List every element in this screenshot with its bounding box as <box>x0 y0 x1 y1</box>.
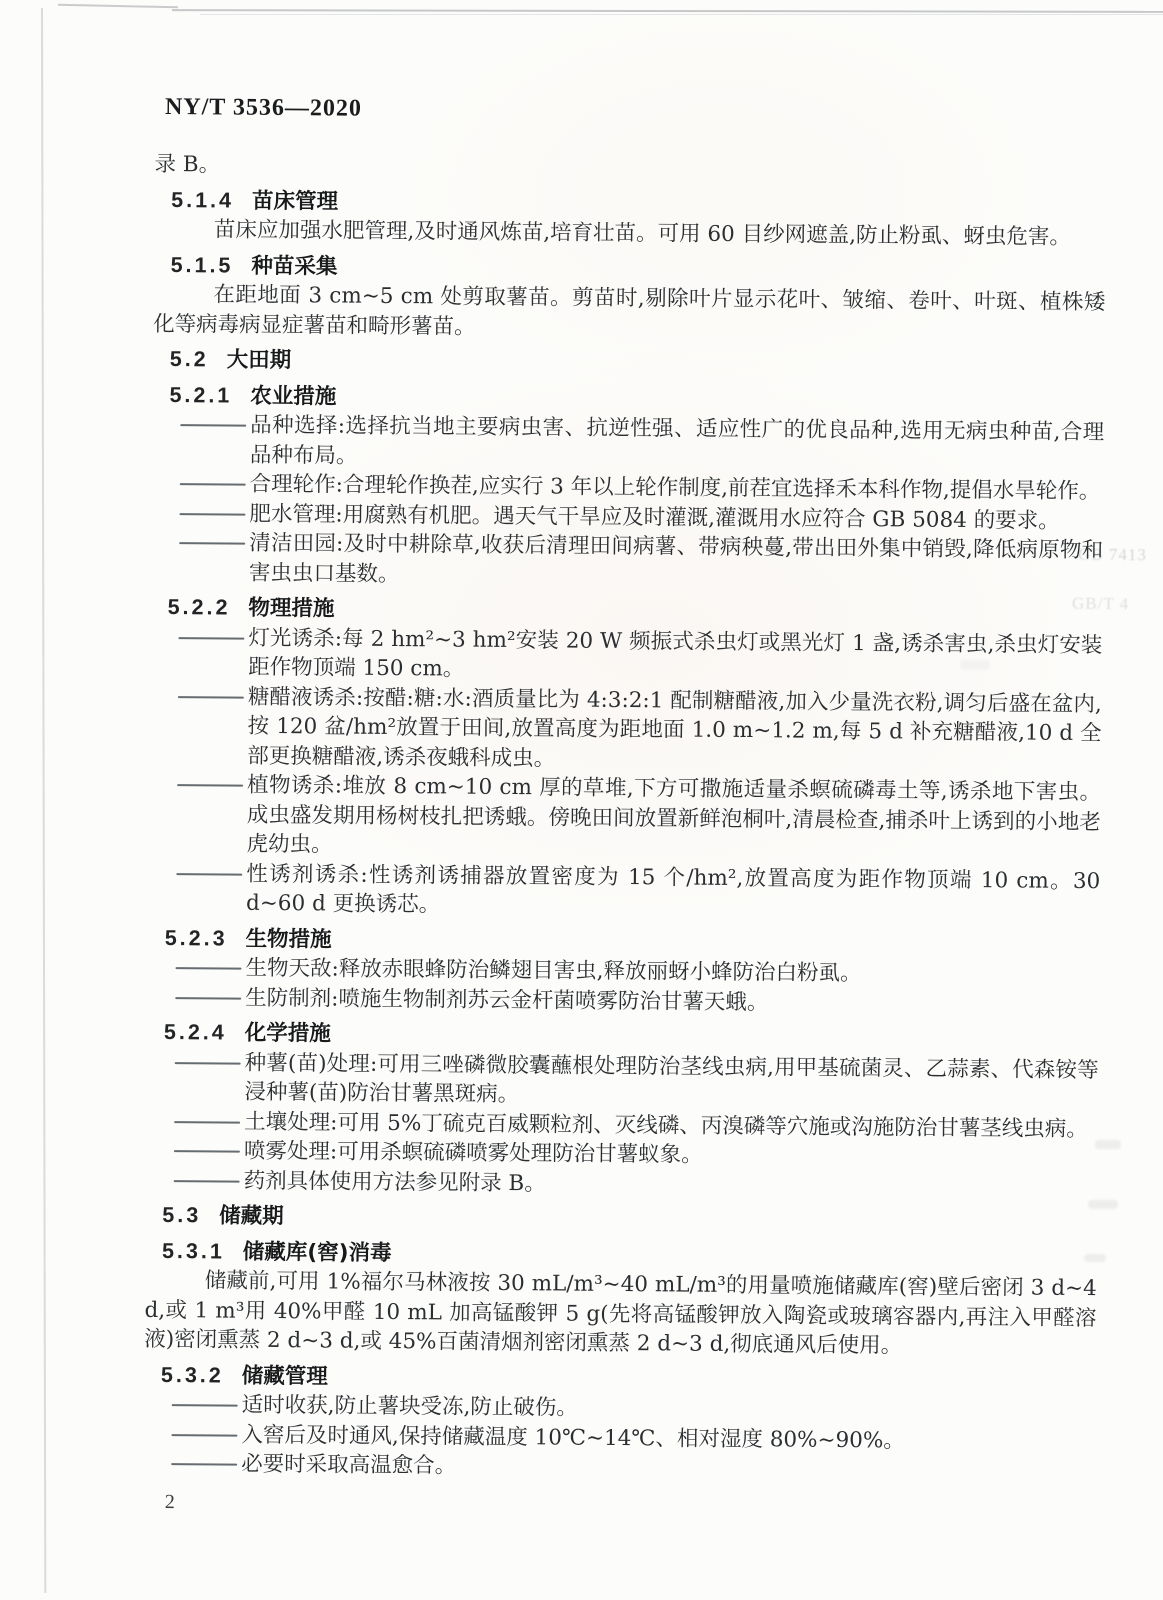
section-title: 物理措施 <box>248 596 334 622</box>
section-title: 种苗采集 <box>251 253 337 279</box>
page-top-edge-line <box>58 4 178 9</box>
section-number: 5.3.2 <box>161 1362 224 1387</box>
list-item: 种薯(苗)处理:可用三唑磷微胶囊蘸根处理防治茎线虫病,用甲基硫菌灵、乙蒜素、代森… <box>146 1047 1098 1114</box>
list-item-text: 喷雾处理:可用杀螟硫磷喷雾处理防治甘薯蚁象。 <box>244 1139 703 1168</box>
list-item: 糖醋液诱杀:按醋:糖:水:酒质量比为 4:3:2:1 配制糖醋液,加入少量洗衣粉… <box>149 681 1102 778</box>
section-title: 化学措施 <box>245 1021 331 1047</box>
scanned-standard-page: { "page": { "doc_number": "NY/T 3536—202… <box>0 0 1163 1600</box>
em-dash-marker <box>171 1463 237 1466</box>
body-paragraph: 在距地面 3 cm~5 cm 处剪取薯苗。剪苗时,剔除叶片显示花叶、皱缩、卷叶、… <box>153 280 1105 347</box>
em-dash-marker <box>178 696 244 699</box>
section-title: 苗床管理 <box>252 188 338 214</box>
section-number: 5.2.2 <box>168 595 231 620</box>
em-dash-marker <box>176 873 242 876</box>
list-item-text: 品种选择:选择抗当地主要病虫害、抗逆性强、适应性广的优良品种,选用无病虫种苗,合… <box>250 413 1104 468</box>
list-item-text: 植物诱杀:堆放 8 cm~10 cm 厚的草堆,下方可撒施适量杀螟硫磷毒土等,诱… <box>246 773 1101 858</box>
list-item-text: 适时收获,防止薯块受冻,防止破伤。 <box>242 1393 578 1421</box>
em-dash-marker <box>177 784 243 787</box>
em-dash-marker <box>172 1404 238 1407</box>
em-dash-marker <box>178 637 244 640</box>
list-item-text: 肥水管理:用腐熟有机肥。遇天气干旱应及时灌溉,灌溉用水应符合 GB 5084 的… <box>249 501 1059 533</box>
section-number: 5.1.5 <box>171 253 234 278</box>
list-item-text: 生防制剂:喷施生物制剂苏云金杆菌喷雾防治甘薯天蛾。 <box>245 985 768 1015</box>
continued-paragraph: 录 B。 <box>154 150 1106 188</box>
em-dash-marker <box>175 997 241 1000</box>
list-item-text: 入窖后及时通风,保持储藏温度 10℃~14℃、相对湿度 80%~90%。 <box>241 1422 905 1453</box>
list-item-text: 合理轮作:合理轮作换茬,应实行 3 年以上轮作制度,前茬宜选择禾本科作物,提倡水… <box>250 472 1101 504</box>
section-number: 5.2 <box>170 347 209 371</box>
section-number: 5.2.1 <box>169 383 232 408</box>
body-paragraph: 储藏前,可用 1%福尔马林液按 30 mL/m³~40 mL/m³的用量喷施储藏… <box>144 1266 1097 1363</box>
list-item-text: 糖醋液诱杀:按醋:糖:水:酒质量比为 4:3:2:1 配制糖醋液,加入少量洗衣粉… <box>247 684 1102 771</box>
em-dash-marker <box>174 1150 240 1153</box>
list-item: 植物诱杀:堆放 8 cm~10 cm 厚的草堆,下方可撒施适量杀螟硫磷毒土等,诱… <box>148 770 1101 867</box>
em-dash-marker <box>180 483 246 486</box>
list-item-text: 药剂具体使用方法参见附录 B。 <box>244 1168 546 1196</box>
page-number: 2 <box>165 1488 175 1518</box>
em-dash-marker <box>175 1062 241 1065</box>
list-item-text: 生物天敌:释放赤眼蜂防治鳞翅目害虫,释放丽蚜小蜂防治白粉虱。 <box>245 956 861 986</box>
bleedthrough-smudge <box>1095 1140 1121 1149</box>
section-title: 农业措施 <box>250 383 336 409</box>
list-item-text: 性诱剂诱杀:性诱剂诱捕器放置密度为 15 个/hm²,放置高度为距作物顶端 10… <box>246 861 1100 917</box>
section-title: 储藏库(窖)消毒 <box>243 1239 392 1265</box>
list-item: 灯光诱杀:每 2 hm²~3 hm²安装 20 W 频振式杀虫灯或黑光灯 1 盏… <box>150 622 1102 689</box>
page-top-edge-line <box>200 14 1163 15</box>
list-item: 品种选择:选择抗当地主要病虫害、抗逆性强、适应性广的优良品种,选用无病虫种苗,合… <box>152 410 1104 477</box>
section-title: 大田期 <box>227 348 292 374</box>
list-item: 清洁田园:及时中耕除草,收获后清理田间病薯、带病秧蔓,带出田外集中销毁,降低病原… <box>151 528 1103 595</box>
list-item-text: 必要时采取高温愈合。 <box>241 1452 456 1479</box>
em-dash-marker <box>175 967 241 970</box>
section-heading-5-3: 5.3储藏期 <box>162 1201 1097 1239</box>
section-number: 5.2.4 <box>164 1020 227 1045</box>
em-dash-marker <box>174 1121 240 1124</box>
section-number: 5.2.3 <box>165 925 228 950</box>
em-dash-marker <box>171 1434 237 1437</box>
list-item-text: 清洁田园:及时中耕除草,收获后清理田间病薯、带病秧蔓,带出田外集中销毁,降低病原… <box>249 531 1103 587</box>
section-number: 5.3 <box>162 1203 201 1227</box>
list-item: 性诱剂诱杀:性诱剂诱捕器放置密度为 15 个/hm²,放置高度为距作物顶端 10… <box>148 858 1100 925</box>
list-item-text: 灯光诱杀:每 2 hm²~3 hm²安装 20 W 频振式杀虫灯或黑光灯 1 盏… <box>248 625 1102 681</box>
standard-number-header: NY/T 3536—2020 <box>165 92 1107 130</box>
em-dash-marker <box>180 424 246 427</box>
section-title: 生物措施 <box>245 926 331 952</box>
page-left-edge-line <box>41 8 46 1593</box>
list-item-text: 种薯(苗)处理:可用三唑磷微胶囊蘸根处理防治茎线虫病,用甲基硫菌灵、乙蒜素、代森… <box>244 1050 1098 1107</box>
section-title: 储藏管理 <box>242 1363 328 1389</box>
section-heading-5-2: 5.2大田期 <box>170 345 1105 383</box>
section-number: 5.3.1 <box>162 1238 225 1263</box>
section-title: 储藏期 <box>219 1203 284 1229</box>
document-body: NY/T 3536—2020 录 B。 5.1.4苗床管理 苗床应加强水肥管理,… <box>142 92 1107 1570</box>
section-number: 5.1.4 <box>171 188 234 213</box>
em-dash-marker <box>179 513 245 516</box>
page-top-edge-line <box>172 9 1163 13</box>
em-dash-marker <box>179 542 245 545</box>
list-item-text: 土壤处理:可用 5%丁硫克百威颗粒剂、灭线磷、丙溴磷等穴施或沟施防治甘薯茎线虫病… <box>244 1109 1088 1141</box>
em-dash-marker <box>174 1180 240 1183</box>
